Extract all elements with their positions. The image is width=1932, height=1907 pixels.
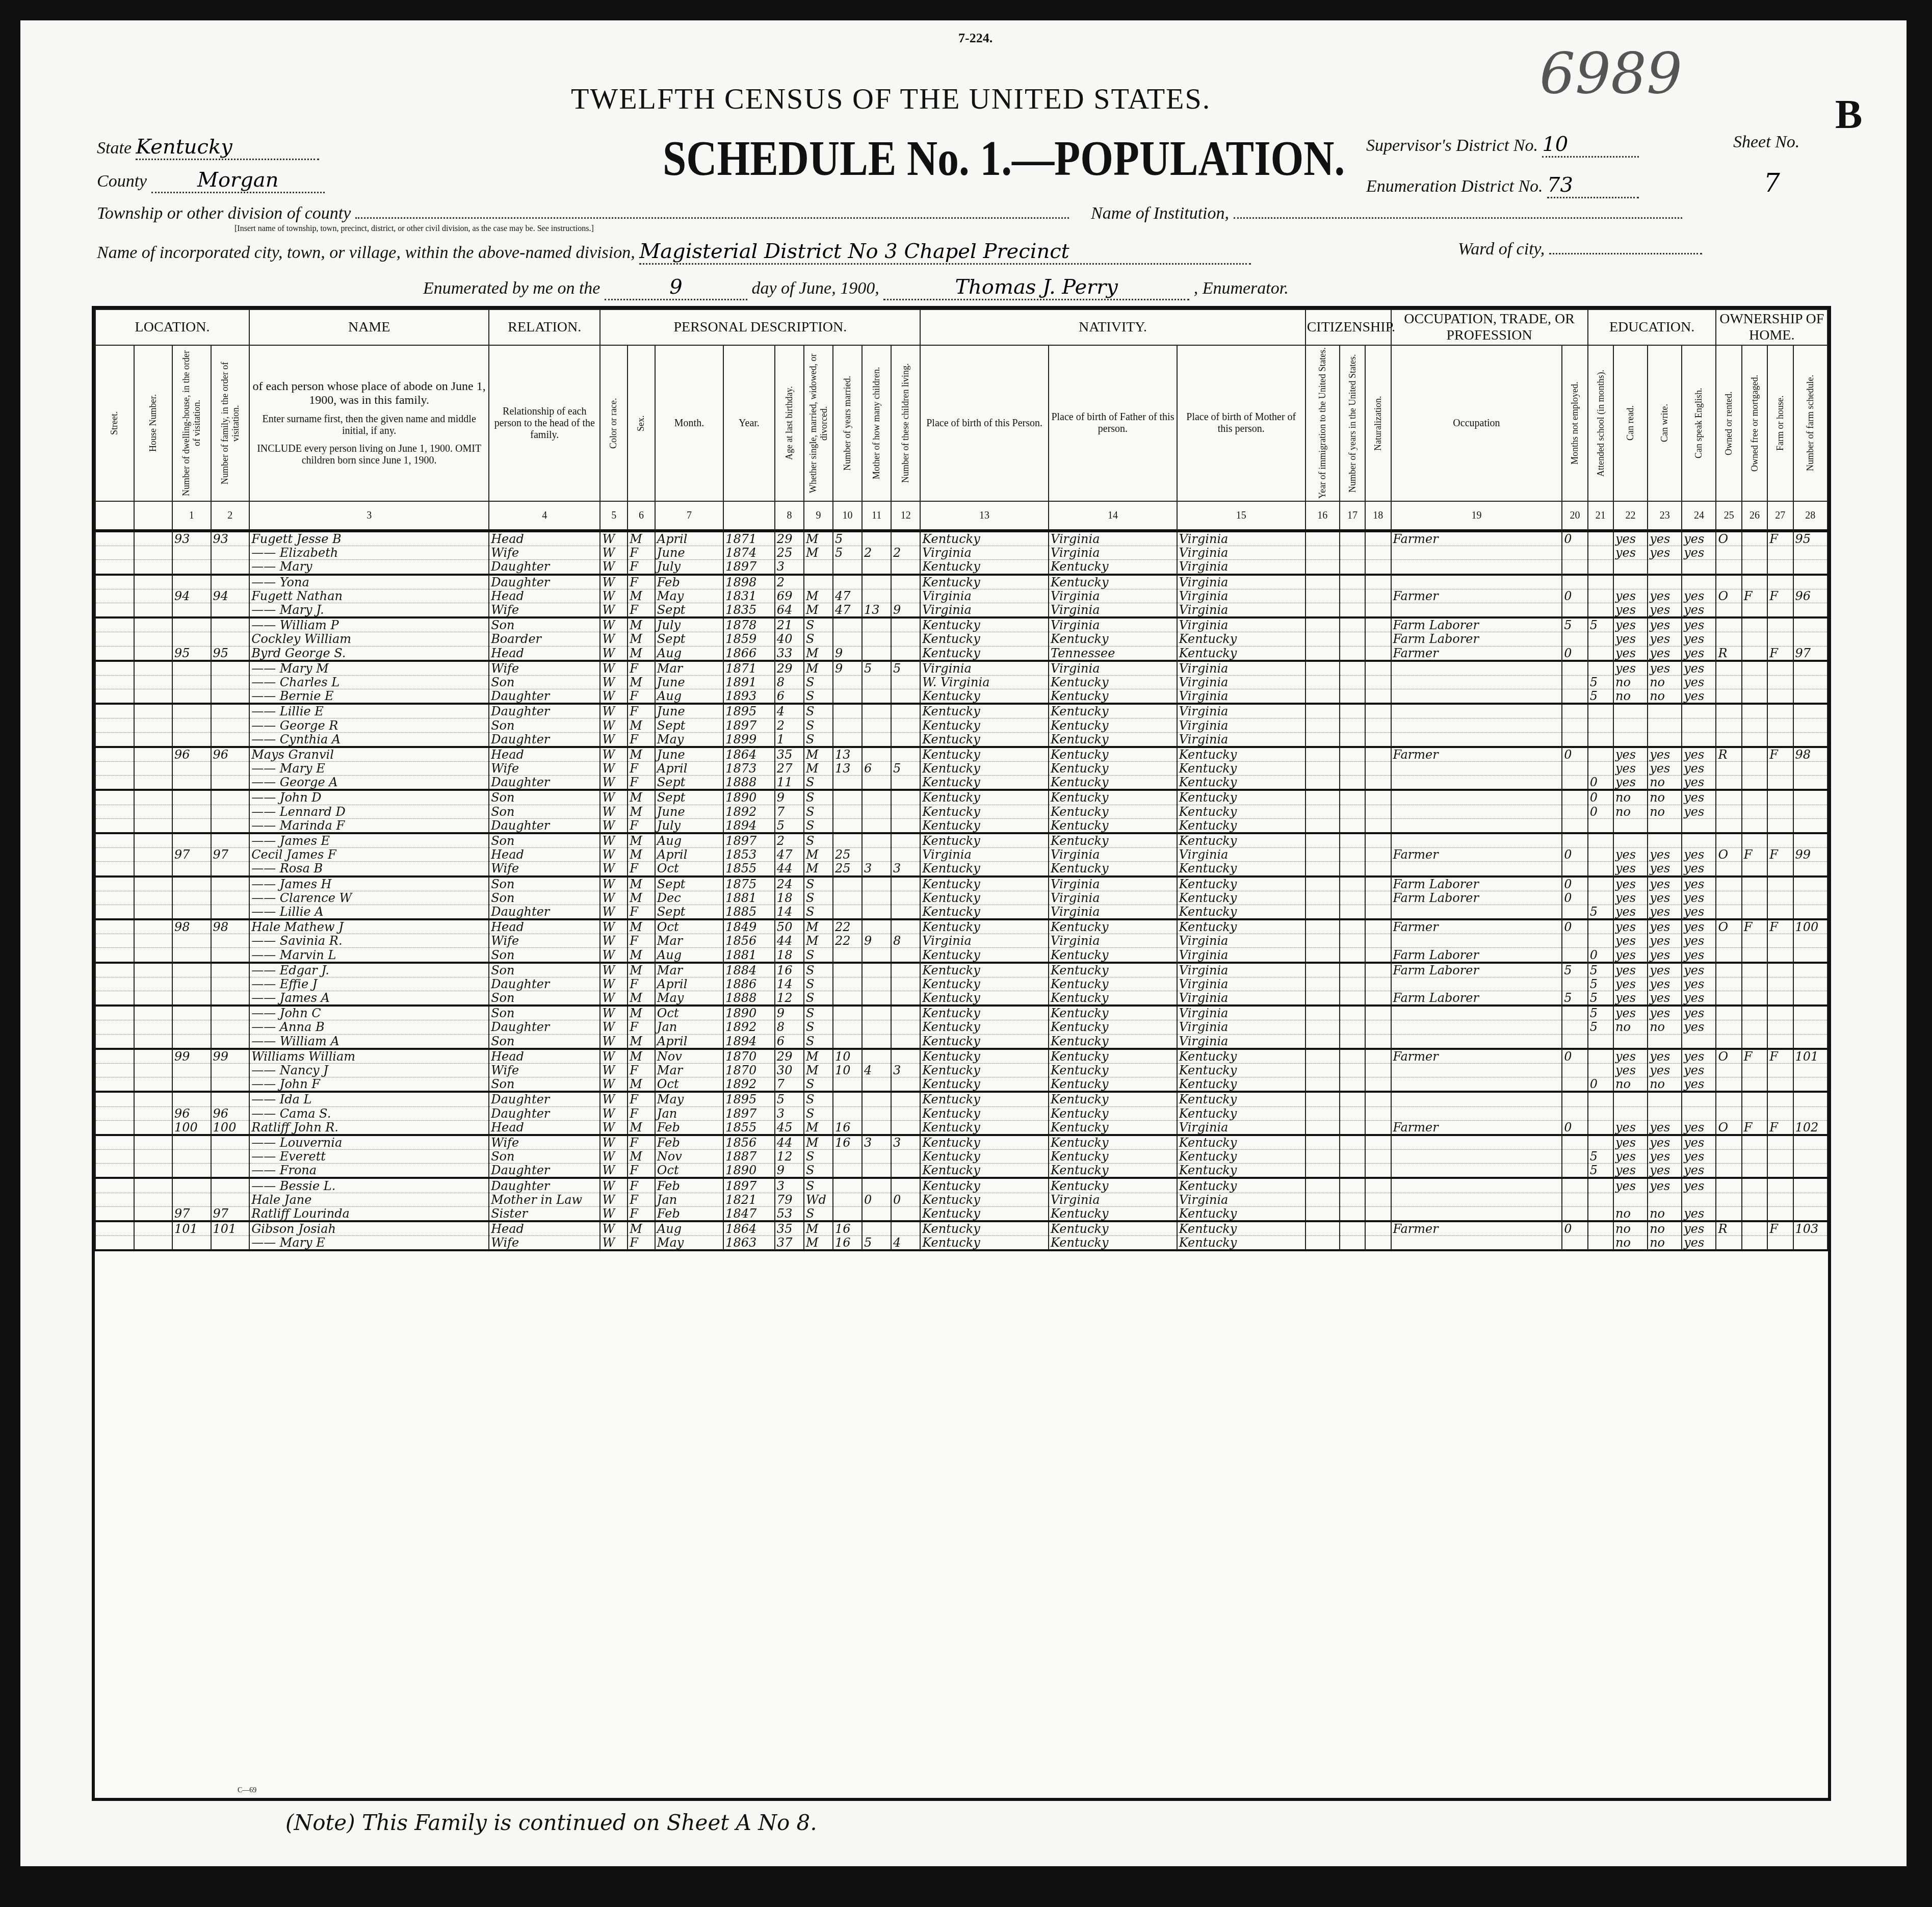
- cell-sch: [1588, 1221, 1613, 1236]
- cell-month: June: [655, 704, 723, 718]
- cell-write: no: [1648, 1236, 1682, 1251]
- cell-s: [95, 848, 134, 862]
- cell-i: [1306, 919, 1340, 934]
- cell-write: yes: [1648, 1164, 1682, 1178]
- cell-ch: [862, 1006, 891, 1020]
- cell-dw: [172, 776, 211, 790]
- cell-farm: [1793, 991, 1827, 1006]
- cell-month: Sept: [655, 632, 723, 646]
- cell-mar: S: [804, 632, 833, 646]
- column-number: 14: [1049, 501, 1177, 531]
- cell-h: [134, 661, 173, 676]
- cell-ch: [862, 1206, 891, 1221]
- cell-month: June: [655, 546, 723, 560]
- cell-dw: [172, 805, 211, 818]
- cell-cl: [891, 747, 920, 762]
- cell-s: [95, 718, 134, 732]
- cell-farm: [1793, 704, 1827, 718]
- column-number: 2: [211, 501, 250, 531]
- cell-write: [1648, 1193, 1682, 1206]
- cell-mar: S: [804, 805, 833, 818]
- cell-eng: yes: [1682, 919, 1716, 934]
- cell-fm: [1742, 818, 1767, 833]
- cell-year: 1895: [723, 704, 775, 718]
- cell-bf: Kentucky: [1049, 1077, 1177, 1092]
- cell-dw: [172, 1236, 211, 1251]
- cell-h: [134, 934, 173, 948]
- cell-occ: [1391, 1020, 1562, 1034]
- cell-n: [1365, 718, 1391, 732]
- cell-bm: Virginia: [1177, 689, 1306, 704]
- cell-s: [95, 531, 134, 546]
- cell-i: [1306, 818, 1340, 833]
- cell-ch: [862, 1034, 891, 1049]
- cell-month: Oct: [655, 1164, 723, 1178]
- cell-eng: yes: [1682, 689, 1716, 704]
- cell-color: W: [600, 661, 628, 676]
- cell-fm: [1742, 1063, 1767, 1077]
- cell-farm: [1793, 617, 1827, 632]
- name-instr: Enter surname first, then the given name…: [251, 414, 487, 437]
- cell-y: [1340, 1193, 1365, 1206]
- table-row: —— Marvin LSonWMAug188118SKentuckyKentuc…: [95, 948, 1827, 963]
- cell-mne: [1562, 1236, 1587, 1251]
- cell-farm: [1793, 560, 1827, 575]
- cell-h: [134, 1206, 173, 1221]
- cell-h: [134, 1193, 173, 1206]
- cell-i: [1306, 1236, 1340, 1251]
- cell-eng: yes: [1682, 1020, 1716, 1034]
- cell-read: yes: [1613, 661, 1648, 676]
- column-number: 19: [1391, 501, 1562, 531]
- cell-sch: [1588, 732, 1613, 747]
- cell-name: —— Bessie L.: [249, 1178, 489, 1193]
- table-row: —— Marinda FDaughterWFJuly18945SKentucky…: [95, 818, 1827, 833]
- cell-fh: [1767, 575, 1793, 589]
- cell-read: yes: [1613, 646, 1648, 661]
- cell-own: R: [1716, 646, 1741, 661]
- cell-bf: Kentucky: [1049, 1106, 1177, 1120]
- cell-cl: 0: [891, 1193, 920, 1206]
- cell-month: Aug: [655, 646, 723, 661]
- cell-y: [1340, 661, 1365, 676]
- cell-write: yes: [1648, 1120, 1682, 1135]
- form-code: 7-224.: [958, 31, 993, 46]
- cell-sex: M: [628, 1221, 655, 1236]
- cell-month: Sept: [655, 790, 723, 805]
- cell-h: [134, 919, 173, 934]
- cell-color: W: [600, 1063, 628, 1077]
- cell-s: [95, 1236, 134, 1251]
- cell-mar: S: [804, 1106, 833, 1120]
- cell-rel: Daughter: [489, 704, 600, 718]
- cell-ch: [862, 805, 891, 818]
- cell-color: W: [600, 833, 628, 848]
- cell-y: [1340, 862, 1365, 877]
- cell-write: yes: [1648, 1150, 1682, 1164]
- cell-ym: 9: [833, 661, 862, 676]
- cell-occ: Farmer: [1391, 1221, 1562, 1236]
- cell-fm: F: [1742, 1049, 1767, 1064]
- cell-own: [1716, 805, 1741, 818]
- cell-bf: Kentucky: [1049, 1063, 1177, 1077]
- cell-sex: M: [628, 877, 655, 891]
- cell-fh: [1767, 934, 1793, 948]
- cell-mne: [1562, 948, 1587, 963]
- cell-fam: [211, 689, 250, 704]
- cell-i: [1306, 862, 1340, 877]
- cell-ch: [862, 818, 891, 833]
- cell-month: May: [655, 991, 723, 1006]
- cell-s: [95, 1164, 134, 1178]
- cell-fam: [211, 963, 250, 977]
- personal-header: PERSONAL DESCRIPTION.: [600, 310, 920, 345]
- cell-mne: [1562, 1150, 1587, 1164]
- cell-eng: [1682, 1034, 1716, 1049]
- cell-mne: [1562, 762, 1587, 776]
- table-row: —— Mary EWifeWFMay186337M1654KentuckyKen…: [95, 1236, 1827, 1251]
- cell-s: [95, 546, 134, 560]
- cell-farm: [1793, 661, 1827, 676]
- cell-bf: Kentucky: [1049, 1150, 1177, 1164]
- cell-ch: [862, 948, 891, 963]
- enumeration-field: Enumeration District No. 73: [1366, 173, 1639, 198]
- cell-ch: [862, 848, 891, 862]
- cell-sch: 5: [1588, 963, 1613, 977]
- cell-bf: Kentucky: [1049, 1221, 1177, 1236]
- cell-i: [1306, 833, 1340, 848]
- cell-farm: [1793, 689, 1827, 704]
- cell-year: 1847: [723, 1206, 775, 1221]
- cell-i: [1306, 603, 1340, 617]
- cell-occ: [1391, 833, 1562, 848]
- cell-h: [134, 689, 173, 704]
- cell-y: [1340, 762, 1365, 776]
- cell-bf: Kentucky: [1049, 963, 1177, 977]
- cell-mar: M: [804, 934, 833, 948]
- cell-cl: [891, 589, 920, 603]
- cell-mne: [1562, 1034, 1587, 1049]
- cell-y: [1340, 531, 1365, 546]
- cell-i: [1306, 1221, 1340, 1236]
- cell-i: [1306, 963, 1340, 977]
- table-row: 9999Williams WilliamHeadWMNov187029M10Ke…: [95, 1049, 1827, 1064]
- cell-sex: F: [628, 1092, 655, 1106]
- cell-sex: F: [628, 560, 655, 575]
- cell-cl: [891, 905, 920, 919]
- cell-farm: [1793, 833, 1827, 848]
- cell-month: Sept: [655, 905, 723, 919]
- cell-mar: Wd: [804, 1193, 833, 1206]
- cell-mne: [1562, 1063, 1587, 1077]
- cell-h: [134, 905, 173, 919]
- cell-mne: [1562, 1135, 1587, 1150]
- cell-write: yes: [1648, 589, 1682, 603]
- cell-occ: Farm Laborer: [1391, 991, 1562, 1006]
- cell-mne: [1562, 732, 1587, 747]
- cell-farm: [1793, 1164, 1827, 1178]
- cell-ch: [862, 732, 891, 747]
- cell-fm: [1742, 546, 1767, 560]
- cell-fam: [211, 833, 250, 848]
- cell-farm: 96: [1793, 589, 1827, 603]
- cell-occ: [1391, 762, 1562, 776]
- county-label: County: [97, 172, 147, 191]
- cell-n: [1365, 1106, 1391, 1120]
- cell-mne: [1562, 704, 1587, 718]
- cell-fm: [1742, 689, 1767, 704]
- cell-mar: S: [804, 732, 833, 747]
- cell-rel: Head: [489, 1049, 600, 1064]
- cell-age: 29: [775, 531, 804, 546]
- cell-month: May: [655, 1236, 723, 1251]
- cell-ym: 47: [833, 589, 862, 603]
- cell-occ: [1391, 776, 1562, 790]
- cell-cl: [891, 1164, 920, 1178]
- cell-mar: M: [804, 646, 833, 661]
- cell-h: [134, 575, 173, 589]
- table-row: —— George RSonWMSept18972SKentuckyKentuc…: [95, 718, 1827, 732]
- cell-month: Feb: [655, 1120, 723, 1135]
- cell-sex: F: [628, 1193, 655, 1206]
- cell-n: [1365, 1049, 1391, 1064]
- cell-mar: M: [804, 1221, 833, 1236]
- cell-i: [1306, 1034, 1340, 1049]
- cell-bm: Virginia: [1177, 848, 1306, 862]
- cell-age: 3: [775, 1106, 804, 1120]
- cell-cl: [891, 977, 920, 991]
- cell-month: Jan: [655, 1193, 723, 1206]
- cell-farm: 100: [1793, 919, 1827, 934]
- cell-bp: Kentucky: [920, 1063, 1049, 1077]
- cell-farm: [1793, 732, 1827, 747]
- cell-write: yes: [1648, 646, 1682, 661]
- cell-bf: Virginia: [1049, 617, 1177, 632]
- cell-y: [1340, 603, 1365, 617]
- cell-fh: [1767, 1206, 1793, 1221]
- cell-fh: [1767, 1164, 1793, 1178]
- cell-fm: [1742, 776, 1767, 790]
- cell-dw: [172, 762, 211, 776]
- cell-name: —— James E: [249, 833, 489, 848]
- cell-bp: Kentucky: [920, 531, 1049, 546]
- cell-read: no: [1613, 1206, 1648, 1221]
- cell-h: [134, 776, 173, 790]
- cell-n: [1365, 675, 1391, 689]
- cell-color: W: [600, 1236, 628, 1251]
- cell-write: [1648, 704, 1682, 718]
- cell-eng: yes: [1682, 646, 1716, 661]
- table-row: —— Lillie EDaughterWFJune18954SKentuckyK…: [95, 704, 1827, 718]
- relation-desc: Relationship of each person to the head …: [489, 345, 600, 501]
- cell-age: 47: [775, 848, 804, 862]
- cell-ym: 9: [833, 646, 862, 661]
- cell-name: —— Mary E: [249, 762, 489, 776]
- cell-bm: Virginia: [1177, 977, 1306, 991]
- cell-color: W: [600, 877, 628, 891]
- cell-name: —— Lillie A: [249, 905, 489, 919]
- cell-own: [1716, 1063, 1741, 1077]
- cell-fm: [1742, 560, 1767, 575]
- cell-n: [1365, 704, 1391, 718]
- cell-bm: Kentucky: [1177, 1135, 1306, 1150]
- cell-mar: M: [804, 848, 833, 862]
- cell-n: [1365, 617, 1391, 632]
- cell-fam: [211, 1092, 250, 1106]
- cell-occ: [1391, 718, 1562, 732]
- cell-occ: [1391, 603, 1562, 617]
- table-row: —— Effie JDaughterWFApril188614SKentucky…: [95, 977, 1827, 991]
- cell-write: yes: [1648, 919, 1682, 934]
- cell-sex: M: [628, 531, 655, 546]
- cell-eng: [1682, 1106, 1716, 1120]
- cell-sex: F: [628, 1178, 655, 1193]
- table-row: —— George ADaughterWFSept188811SKentucky…: [95, 776, 1827, 790]
- cell-age: 44: [775, 1135, 804, 1150]
- cell-age: 44: [775, 862, 804, 877]
- cell-n: [1365, 732, 1391, 747]
- cell-mne: 0: [1562, 1120, 1587, 1135]
- cell-ym: [833, 560, 862, 575]
- cell-dw: 97: [172, 1206, 211, 1221]
- cell-name: Byrd George S.: [249, 646, 489, 661]
- cell-write: yes: [1648, 531, 1682, 546]
- cell-eng: yes: [1682, 1178, 1716, 1193]
- table-row: —— ElizabethWifeWFJune187425M522Virginia…: [95, 546, 1827, 560]
- cell-bf: Kentucky: [1049, 1120, 1177, 1135]
- cell-year: 1874: [723, 546, 775, 560]
- cell-bp: Kentucky: [920, 776, 1049, 790]
- cell-bp: W. Virginia: [920, 675, 1049, 689]
- cell-name: —— Lillie E: [249, 704, 489, 718]
- cell-month: Jan: [655, 1020, 723, 1034]
- cell-name: —— Anna B: [249, 1020, 489, 1034]
- column-number: [95, 501, 134, 531]
- cell-rel: Boarder: [489, 632, 600, 646]
- cell-farm: [1793, 1178, 1827, 1193]
- cell-write: yes: [1648, 848, 1682, 862]
- cell-read: yes: [1613, 891, 1648, 905]
- cell-bp: Kentucky: [920, 1193, 1049, 1206]
- cell-n: [1365, 1206, 1391, 1221]
- cell-rel: Daughter: [489, 1106, 600, 1120]
- cell-mne: [1562, 818, 1587, 833]
- cell-h: [134, 877, 173, 891]
- years-married-col: Number of years married.: [833, 345, 862, 501]
- cell-rel: Head: [489, 646, 600, 661]
- cell-farm: [1793, 1020, 1827, 1034]
- cell-fh: [1767, 1092, 1793, 1106]
- cell-sex: F: [628, 1206, 655, 1221]
- cell-eng: yes: [1682, 1077, 1716, 1092]
- cell-farm: 101: [1793, 1049, 1827, 1064]
- cell-read: [1613, 1193, 1648, 1206]
- cell-fm: [1742, 1135, 1767, 1150]
- cell-i: [1306, 762, 1340, 776]
- cell-sch: [1588, 560, 1613, 575]
- cell-rel: Daughter: [489, 977, 600, 991]
- cell-bp: Kentucky: [920, 646, 1049, 661]
- cell-ch: [862, 675, 891, 689]
- cell-ym: [833, 632, 862, 646]
- cell-year: 1881: [723, 891, 775, 905]
- cell-s: [95, 1193, 134, 1206]
- table-row: —— John DSonWMSept18909SKentuckyKentucky…: [95, 790, 1827, 805]
- cell-s: [95, 575, 134, 589]
- cell-bm: Kentucky: [1177, 1063, 1306, 1077]
- cell-dw: [172, 833, 211, 848]
- cell-fh: [1767, 905, 1793, 919]
- cell-bf: Kentucky: [1049, 1034, 1177, 1049]
- cell-own: [1716, 661, 1741, 676]
- cell-bf: Kentucky: [1049, 948, 1177, 963]
- cell-h: [134, 617, 173, 632]
- cell-age: 79: [775, 1193, 804, 1206]
- cell-fm: [1742, 1206, 1767, 1221]
- cell-dw: [172, 818, 211, 833]
- cell-fam: 99: [211, 1049, 250, 1064]
- cell-write: no: [1648, 689, 1682, 704]
- cell-ym: 25: [833, 848, 862, 862]
- cell-sch: [1588, 1135, 1613, 1150]
- cell-own: [1716, 905, 1741, 919]
- cell-ym: [833, 675, 862, 689]
- cell-occ: Farm Laborer: [1391, 632, 1562, 646]
- column-number: 12: [891, 501, 920, 531]
- cell-name: —— Everett: [249, 1150, 489, 1164]
- cell-name: —— Lennard D: [249, 805, 489, 818]
- cell-name: —— Elizabeth: [249, 546, 489, 560]
- cell-age: 4: [775, 704, 804, 718]
- cell-y: [1340, 891, 1365, 905]
- cell-own: [1716, 546, 1741, 560]
- cell-color: W: [600, 776, 628, 790]
- cell-own: O: [1716, 919, 1741, 934]
- cell-ch: 5: [862, 661, 891, 676]
- cell-write: yes: [1648, 977, 1682, 991]
- cell-bm: Virginia: [1177, 934, 1306, 948]
- cell-mar: M: [804, 1236, 833, 1251]
- cell-fam: [211, 776, 250, 790]
- cell-farm: [1793, 575, 1827, 589]
- occupation-header: OCCUPATION, TRADE, OR PROFESSION: [1391, 310, 1588, 345]
- cell-bm: Kentucky: [1177, 776, 1306, 790]
- age-col: Age at last birthday.: [775, 345, 804, 501]
- cell-month: Mar: [655, 934, 723, 948]
- cell-occ: [1391, 1206, 1562, 1221]
- cell-year: 1897: [723, 560, 775, 575]
- cell-sch: 0: [1588, 948, 1613, 963]
- cell-mne: 5: [1562, 617, 1587, 632]
- cell-name: Ratliff John R.: [249, 1120, 489, 1135]
- ward-field: Ward of city,: [1458, 240, 1702, 259]
- cell-mne: [1562, 1077, 1587, 1092]
- cell-fh: [1767, 790, 1793, 805]
- cell-n: [1365, 1077, 1391, 1092]
- cell-rel: Daughter: [489, 1164, 600, 1178]
- cell-dw: 97: [172, 848, 211, 862]
- cell-dw: [172, 603, 211, 617]
- cell-sch: [1588, 747, 1613, 762]
- cell-cl: [891, 891, 920, 905]
- cell-write: yes: [1648, 546, 1682, 560]
- cell-fam: [211, 790, 250, 805]
- cell-ch: [862, 1020, 891, 1034]
- cell-mne: [1562, 833, 1587, 848]
- cell-write: yes: [1648, 1135, 1682, 1150]
- cell-i: [1306, 560, 1340, 575]
- cell-fm: [1742, 790, 1767, 805]
